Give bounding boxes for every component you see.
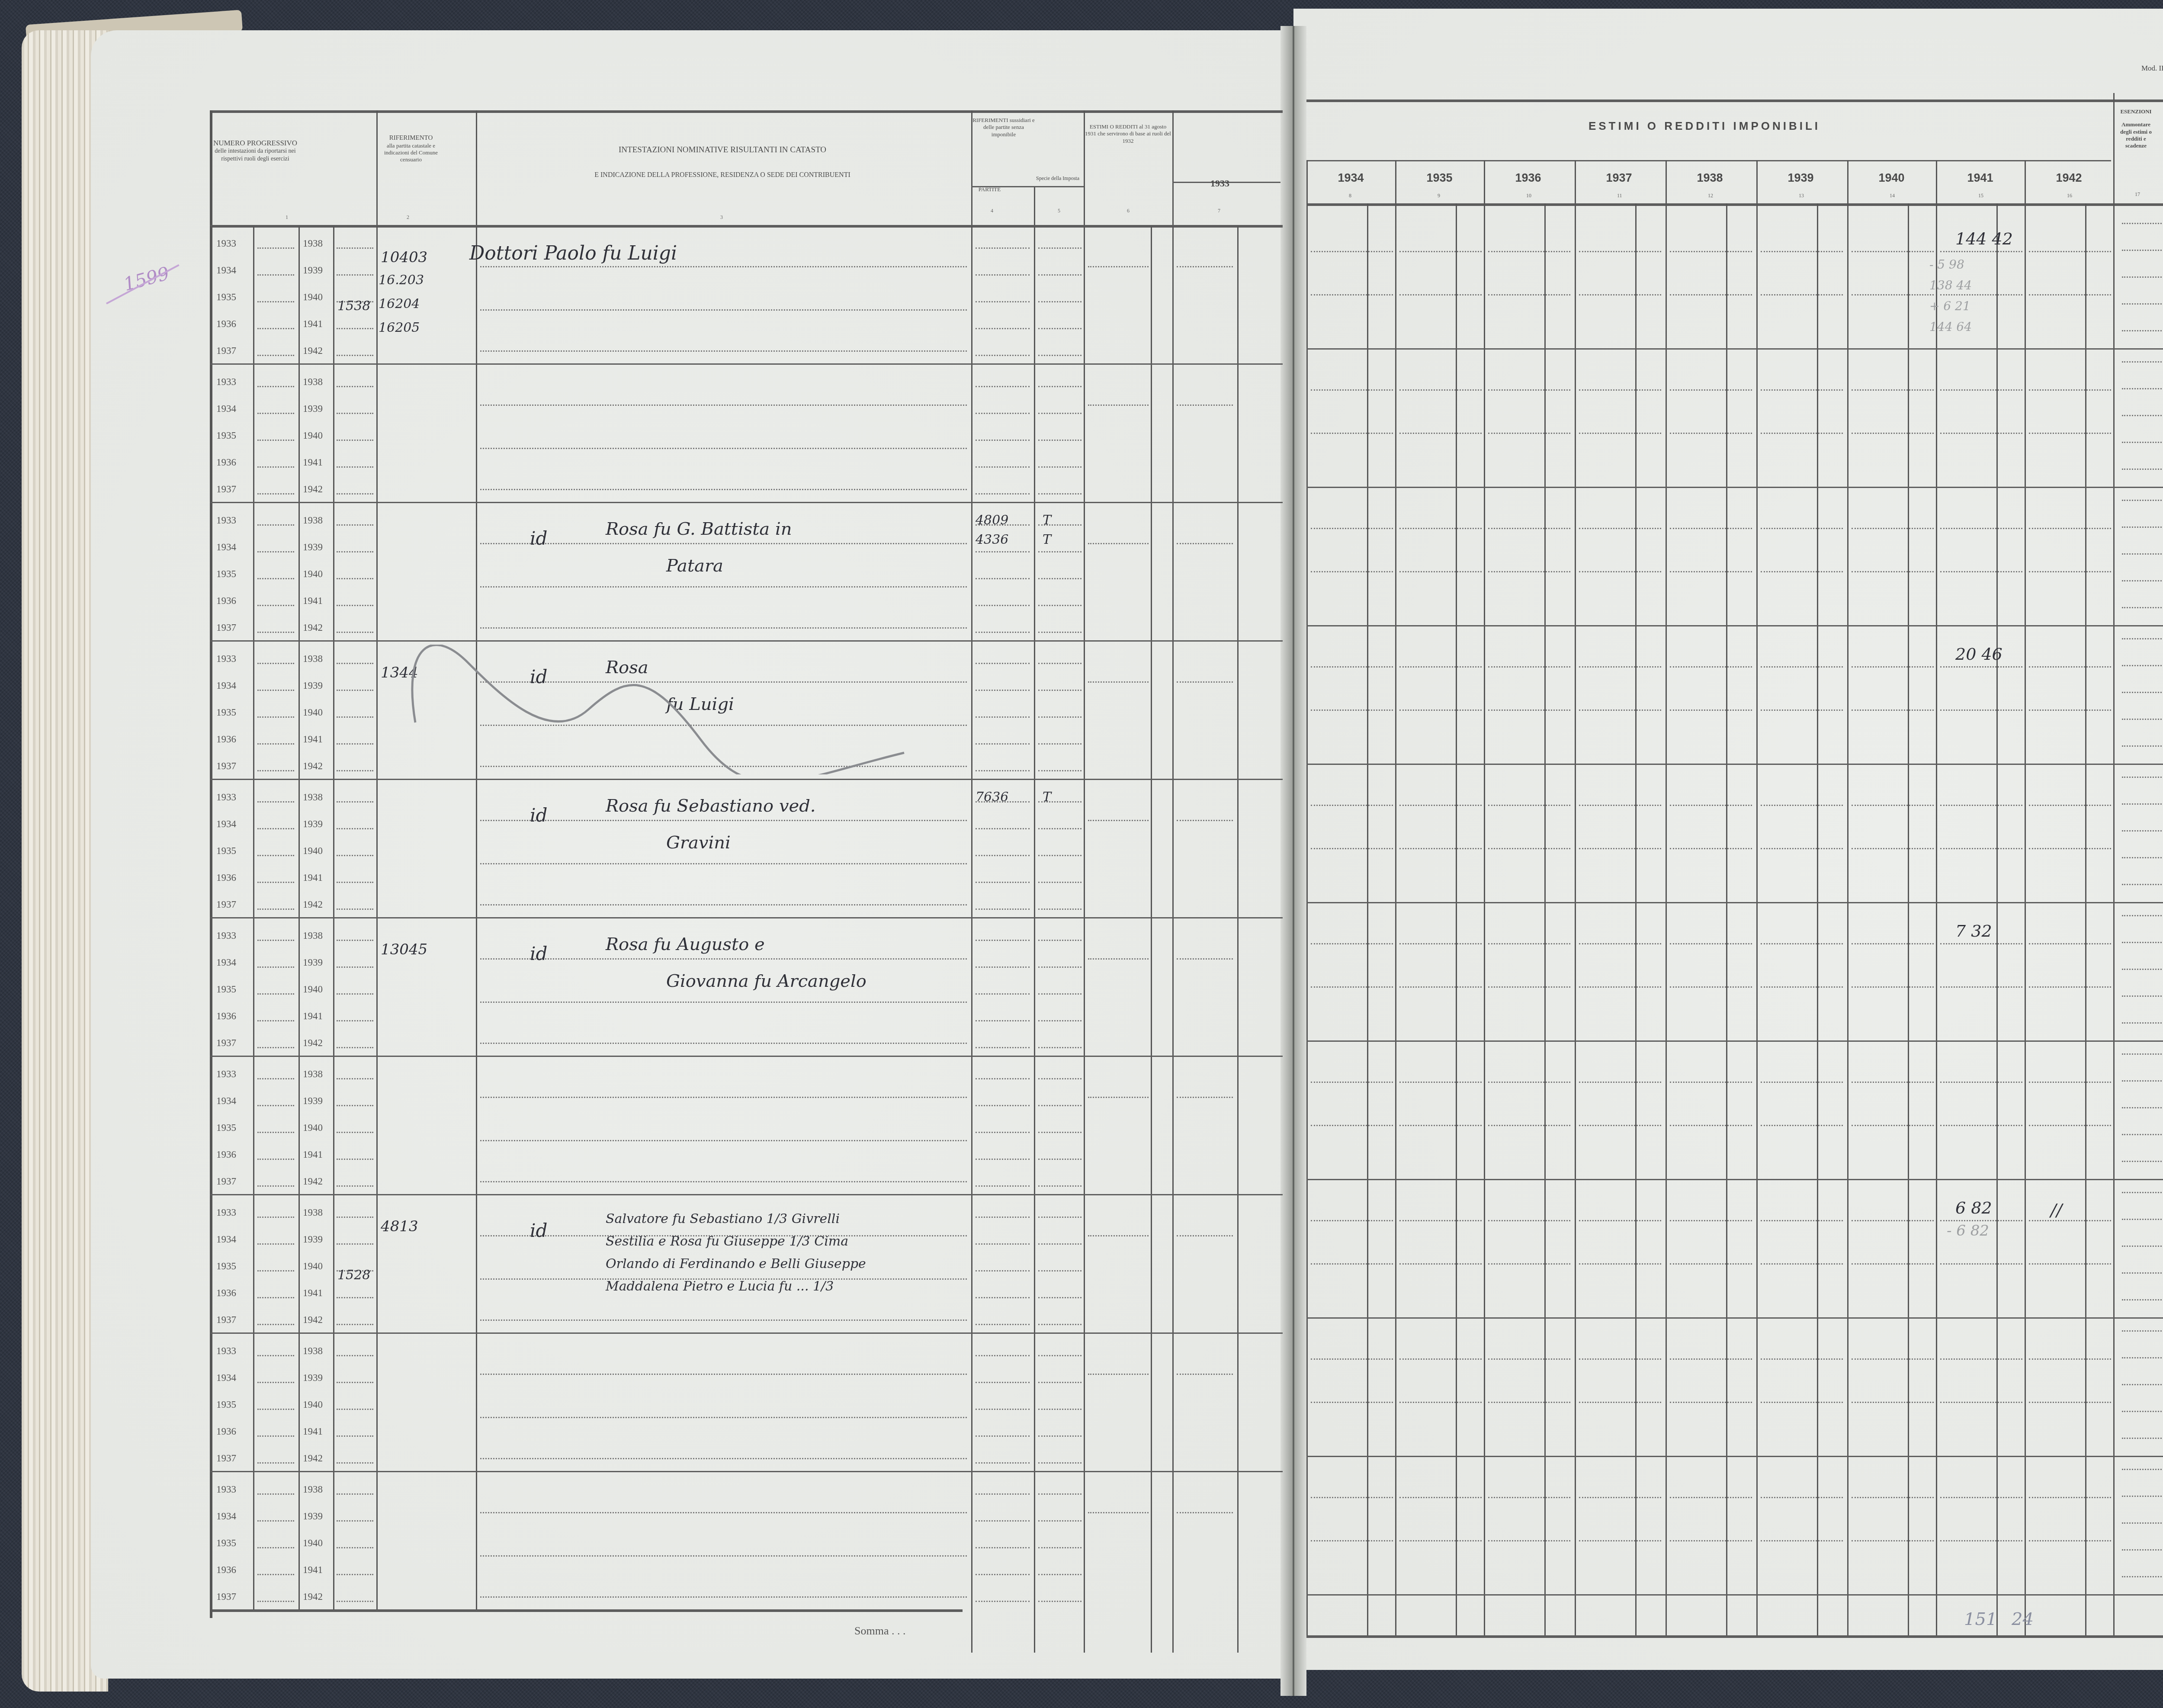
dotted-rule bbox=[1311, 1082, 1393, 1083]
col2-number: 2 bbox=[407, 214, 409, 221]
dotted-rule bbox=[1940, 986, 2022, 988]
dotted-rule bbox=[1038, 605, 1081, 606]
year-label: 1942 bbox=[303, 1176, 323, 1187]
dotted-rule bbox=[2029, 528, 2111, 529]
dotted-rule bbox=[1579, 943, 1661, 944]
dotted-rule bbox=[2029, 571, 2111, 572]
dotted-rule bbox=[1399, 294, 1482, 295]
dotted-rule bbox=[1940, 1125, 2022, 1126]
dotted-rule bbox=[257, 355, 294, 356]
dotted-rule bbox=[257, 909, 294, 910]
col-number: 16 bbox=[2067, 193, 2072, 199]
right-page bbox=[1293, 9, 2163, 1670]
idem-prefix: id bbox=[530, 528, 547, 549]
dotted-rule bbox=[1088, 820, 1149, 821]
year-col-divider bbox=[1575, 160, 1576, 1635]
dotted-rule bbox=[1579, 571, 1661, 572]
dotted-rule bbox=[1852, 1220, 1934, 1221]
dotted-rule bbox=[1038, 1047, 1081, 1048]
block-rule bbox=[210, 502, 1283, 503]
dotted-rule bbox=[337, 801, 373, 803]
dotted-rule bbox=[1761, 1220, 1843, 1221]
dotted-rule bbox=[976, 413, 1030, 414]
dotted-rule bbox=[257, 1047, 294, 1048]
year-label: 1940 bbox=[303, 1261, 323, 1272]
year-label: 1936 bbox=[216, 1564, 236, 1576]
reddito-1941-pencil: - 6 82 bbox=[1947, 1222, 1989, 1239]
dotted-rule bbox=[1311, 986, 1393, 988]
dotted-rule bbox=[1038, 828, 1081, 829]
dotted-rule bbox=[2122, 276, 2163, 278]
dotted-rule bbox=[1761, 986, 1843, 988]
year-label: 1936 bbox=[216, 318, 236, 330]
taxpayer-name-line: Gravini bbox=[666, 833, 731, 853]
dotted-rule bbox=[2122, 969, 2163, 970]
taxpayer-name-line: Dottori Paolo fu Luigi bbox=[469, 242, 677, 264]
decimal-divider bbox=[1817, 203, 1818, 1635]
dotted-rule bbox=[337, 770, 373, 771]
year-header-1936: 1936 bbox=[1484, 171, 1573, 186]
year-label: 1934 bbox=[216, 1372, 236, 1384]
dotted-rule bbox=[2122, 1161, 2163, 1162]
year-col-divider bbox=[1484, 160, 1485, 1635]
col3-number: 3 bbox=[720, 214, 723, 221]
dotted-rule bbox=[257, 1020, 294, 1021]
year-label: 1940 bbox=[303, 1122, 323, 1133]
dotted-rule bbox=[480, 1140, 967, 1141]
header-bottom-rule bbox=[1306, 203, 2163, 206]
dotted-rule bbox=[2122, 1299, 2163, 1300]
dotted-rule bbox=[337, 1382, 373, 1383]
year-label: 1940 bbox=[303, 984, 323, 995]
pencil-calculation: 144 64 bbox=[1929, 320, 1972, 334]
dotted-rule bbox=[337, 1020, 373, 1021]
dotted-rule bbox=[1311, 1263, 1393, 1265]
taxpayer-name-line: Orlando di Ferdinando e Belli Giuseppe bbox=[606, 1256, 866, 1271]
dotted-rule bbox=[257, 1270, 294, 1271]
dotted-rule bbox=[2122, 1219, 2163, 1220]
dotted-rule bbox=[1177, 1235, 1233, 1236]
dotted-rule bbox=[257, 716, 294, 718]
book-gutter bbox=[1280, 26, 1306, 1696]
dotted-rule bbox=[1579, 1220, 1661, 1221]
dotted-rule bbox=[1038, 551, 1081, 552]
dotted-rule bbox=[1399, 571, 1482, 572]
dotted-rule bbox=[2122, 942, 2163, 943]
dotted-rule bbox=[1761, 1540, 1843, 1541]
year-label: 1935 bbox=[216, 1261, 236, 1272]
year-label: 1935 bbox=[216, 1538, 236, 1549]
year-label: 1937 bbox=[216, 484, 236, 495]
dotted-rule bbox=[1038, 966, 1081, 968]
dotted-rule bbox=[1761, 251, 1843, 252]
dotted-rule bbox=[2122, 330, 2163, 331]
dotted-rule bbox=[480, 448, 967, 449]
dotted-rule bbox=[1670, 433, 1752, 434]
year-label: 1939 bbox=[303, 957, 323, 968]
dotted-rule bbox=[1038, 1601, 1081, 1602]
dotted-rule bbox=[1399, 528, 1482, 529]
dotted-rule bbox=[976, 1020, 1030, 1021]
dotted-rule bbox=[1399, 1220, 1482, 1221]
decimal-divider bbox=[1996, 203, 1998, 1635]
dotted-rule bbox=[1038, 1435, 1081, 1437]
partite-value: 4809 bbox=[976, 513, 1008, 528]
dotted-rule bbox=[337, 413, 373, 414]
dotted-rule bbox=[2029, 433, 2111, 434]
dotted-rule bbox=[1038, 274, 1081, 276]
dotted-rule bbox=[257, 578, 294, 579]
block-rule bbox=[1306, 1317, 2163, 1319]
dotted-rule bbox=[1399, 1497, 1482, 1498]
year-label: 1938 bbox=[303, 1484, 323, 1495]
dotted-rule bbox=[2029, 1540, 2111, 1541]
dotted-rule bbox=[1488, 1402, 1570, 1403]
dotted-rule bbox=[480, 820, 967, 821]
dotted-rule bbox=[1670, 1125, 1752, 1126]
dotted-rule bbox=[976, 940, 1030, 941]
dotted-rule bbox=[2122, 607, 2163, 608]
dotted-rule bbox=[2029, 1082, 2111, 1083]
dotted-rule bbox=[1488, 389, 1570, 391]
table-top-rule bbox=[1306, 100, 2163, 102]
dotted-rule bbox=[1038, 1105, 1081, 1106]
year-label: 1933 bbox=[216, 515, 236, 526]
dotted-rule bbox=[257, 828, 294, 829]
year-label: 1939 bbox=[303, 1095, 323, 1107]
year-label: 1939 bbox=[303, 542, 323, 553]
dotted-rule bbox=[1761, 710, 1843, 711]
dotted-rule bbox=[2122, 803, 2163, 805]
dotted-rule bbox=[337, 1355, 373, 1356]
block-rule bbox=[1306, 487, 2163, 488]
dotted-rule bbox=[2122, 469, 2163, 470]
dotted-rule bbox=[337, 966, 373, 968]
dotted-rule bbox=[337, 743, 373, 745]
taxpayer-name-line: Sestilia e Rosa fu Giuseppe 1/3 Cima bbox=[606, 1234, 848, 1249]
dotted-rule bbox=[1038, 386, 1081, 387]
dotted-rule bbox=[337, 716, 373, 718]
dotted-rule bbox=[1088, 1235, 1149, 1236]
dotted-rule bbox=[1670, 1402, 1752, 1403]
year-label: 1940 bbox=[303, 1399, 323, 1410]
dotted-rule bbox=[2029, 1358, 2111, 1360]
dotted-rule bbox=[1761, 1082, 1843, 1083]
col-number: 13 bbox=[1799, 193, 1804, 199]
dotted-rule bbox=[257, 663, 294, 664]
dotted-rule bbox=[1761, 571, 1843, 572]
block-rule bbox=[210, 225, 1283, 226]
dotted-rule bbox=[1038, 247, 1081, 249]
dotted-rule bbox=[1088, 266, 1149, 267]
col17-number: 17 bbox=[2135, 191, 2140, 198]
dotted-rule bbox=[976, 909, 1030, 910]
dotted-rule bbox=[1488, 710, 1570, 711]
dotted-rule bbox=[976, 1185, 1030, 1187]
dotted-rule bbox=[257, 1355, 294, 1356]
dotted-rule bbox=[976, 1382, 1030, 1383]
dotted-rule bbox=[337, 1601, 373, 1602]
year-label: 1941 bbox=[303, 1287, 323, 1299]
block-rule bbox=[210, 779, 1283, 780]
dotted-rule bbox=[480, 1374, 967, 1375]
year-label: 1942 bbox=[303, 1314, 323, 1326]
dotted-rule bbox=[976, 493, 1030, 494]
dotted-rule bbox=[2122, 1522, 2163, 1524]
dotted-rule bbox=[1670, 1263, 1752, 1265]
dotted-rule bbox=[1038, 1493, 1081, 1495]
year-label: 1933 bbox=[216, 653, 236, 665]
dotted-rule bbox=[1038, 1462, 1081, 1464]
dotted-rule bbox=[480, 586, 967, 588]
dotted-rule bbox=[480, 1181, 967, 1182]
dotted-rule bbox=[1579, 666, 1661, 668]
col-number: 9 bbox=[1438, 193, 1440, 199]
dotted-rule bbox=[1038, 1355, 1081, 1356]
block-rule bbox=[1306, 1179, 2163, 1180]
dotted-rule bbox=[257, 966, 294, 968]
dotted-rule bbox=[1579, 528, 1661, 529]
dotted-rule bbox=[257, 301, 294, 302]
dotted-rule bbox=[1488, 1540, 1570, 1541]
year-label: 1934 bbox=[216, 1095, 236, 1107]
year-label: 1935 bbox=[216, 1399, 236, 1410]
dotted-rule bbox=[1399, 848, 1482, 849]
dotted-rule bbox=[1177, 1512, 1233, 1513]
block-rule bbox=[1306, 764, 2163, 765]
table-top-rule bbox=[210, 110, 1283, 113]
dotted-rule bbox=[976, 551, 1030, 552]
dotted-rule bbox=[1940, 943, 2022, 944]
dotted-rule bbox=[1579, 1358, 1661, 1360]
dotted-rule bbox=[1311, 389, 1393, 391]
dotted-rule bbox=[257, 386, 294, 387]
block-rule bbox=[1306, 1040, 2163, 1042]
dotted-rule bbox=[976, 828, 1030, 829]
dotted-rule bbox=[1038, 1520, 1081, 1522]
dotted-rule bbox=[1177, 820, 1233, 821]
dotted-rule bbox=[1852, 294, 1934, 295]
dotted-rule bbox=[1177, 1374, 1233, 1375]
year-label: 1939 bbox=[303, 819, 323, 830]
dotted-rule bbox=[1038, 1078, 1081, 1079]
year-label: 1933 bbox=[216, 1484, 236, 1495]
year-label: 1937 bbox=[216, 345, 236, 356]
block-rule bbox=[210, 363, 1283, 365]
dotted-rule bbox=[2029, 1125, 2111, 1126]
dotted-rule bbox=[1311, 1497, 1393, 1498]
dotted-rule bbox=[337, 1462, 373, 1464]
dotted-rule bbox=[1038, 1324, 1081, 1325]
dotted-rule bbox=[1488, 1082, 1570, 1083]
year-label: 1939 bbox=[303, 403, 323, 414]
year-label: 1942 bbox=[303, 1453, 323, 1464]
dotted-rule bbox=[1038, 301, 1081, 302]
dotted-rule bbox=[1038, 578, 1081, 579]
year-label: 1941 bbox=[303, 734, 323, 745]
year-label: 1933 bbox=[216, 930, 236, 941]
dotted-rule bbox=[257, 1547, 294, 1548]
year-label: 1940 bbox=[303, 568, 323, 580]
dotted-rule bbox=[976, 355, 1030, 356]
col-divider bbox=[1084, 110, 1085, 1653]
dotted-rule bbox=[976, 440, 1030, 441]
dotted-rule bbox=[2122, 884, 2163, 885]
dotted-rule bbox=[480, 958, 967, 960]
partita-reference: 16204 bbox=[379, 296, 420, 311]
dotted-rule bbox=[337, 1105, 373, 1106]
year-label: 1935 bbox=[216, 707, 236, 718]
dotted-rule bbox=[1311, 1540, 1393, 1541]
year-label: 1937 bbox=[216, 622, 236, 633]
dotted-rule bbox=[1940, 710, 2022, 711]
reddito-1941-value: 7 32 bbox=[1955, 921, 1992, 941]
dotted-rule bbox=[480, 266, 967, 267]
dotted-rule bbox=[337, 355, 373, 356]
dotted-rule bbox=[1488, 805, 1570, 806]
taxpayer-name-line: Salvatore fu Sebastiano 1/3 Givrelli bbox=[606, 1211, 840, 1226]
dotted-rule bbox=[1488, 848, 1570, 849]
dotted-rule bbox=[1038, 1217, 1081, 1218]
dotted-rule bbox=[1038, 355, 1081, 356]
dotted-rule bbox=[1852, 1358, 1934, 1360]
dotted-rule bbox=[1038, 632, 1081, 633]
year-label: 1936 bbox=[216, 1011, 236, 1022]
col-divider bbox=[376, 110, 378, 1609]
year-label: 1936 bbox=[216, 595, 236, 607]
col-divider bbox=[1151, 225, 1152, 1653]
dotted-rule bbox=[480, 1002, 967, 1003]
dotted-rule bbox=[976, 247, 1030, 249]
dotted-rule bbox=[1852, 666, 1934, 668]
col-divider bbox=[1172, 110, 1174, 1653]
dotted-rule bbox=[1311, 848, 1393, 849]
dotted-rule bbox=[976, 1574, 1030, 1575]
dotted-rule bbox=[1670, 528, 1752, 529]
dotted-rule bbox=[2122, 915, 2163, 916]
taxpayer-name-line: Rosa fu Sebastiano ved. bbox=[606, 796, 816, 816]
dotted-rule bbox=[976, 1435, 1030, 1437]
year-label: 1941 bbox=[303, 1011, 323, 1022]
dotted-rule bbox=[337, 1078, 373, 1079]
dotted-rule bbox=[976, 1047, 1030, 1048]
dotted-rule bbox=[1761, 1497, 1843, 1498]
dotted-rule bbox=[337, 1297, 373, 1298]
dotted-rule bbox=[257, 1297, 294, 1298]
dotted-rule bbox=[1852, 943, 1934, 944]
dotted-rule bbox=[2122, 1438, 2163, 1439]
col3-subtitle: E INDICAZIONE DELLA PROFESSIONE, RESIDEN… bbox=[485, 171, 960, 180]
year-label: 1941 bbox=[303, 1564, 323, 1576]
dotted-rule bbox=[1670, 571, 1752, 572]
dotted-rule bbox=[2122, 303, 2163, 305]
dotted-rule bbox=[1488, 1497, 1570, 1498]
year-label: 1933 bbox=[216, 792, 236, 803]
dotted-rule bbox=[1579, 389, 1661, 391]
reddito-1942-mark: // bbox=[2051, 1201, 2062, 1220]
dotted-rule bbox=[1670, 1540, 1752, 1541]
year-label: 1940 bbox=[303, 707, 323, 718]
dotted-rule bbox=[1579, 848, 1661, 849]
year-col-divider bbox=[1306, 160, 1308, 1635]
dotted-rule bbox=[1177, 681, 1233, 683]
dotted-rule bbox=[480, 863, 967, 864]
dotted-rule bbox=[1038, 1185, 1081, 1187]
dotted-rule bbox=[1038, 855, 1081, 856]
dotted-rule bbox=[257, 993, 294, 995]
dotted-rule bbox=[1852, 433, 1934, 434]
dotted-rule bbox=[2029, 1263, 2111, 1265]
year-label: 1934 bbox=[216, 403, 236, 414]
dotted-rule bbox=[1038, 1409, 1081, 1410]
year-label: 1940 bbox=[303, 845, 323, 857]
year-label: 1938 bbox=[303, 1069, 323, 1080]
year-label: 1941 bbox=[303, 457, 323, 468]
year-label: 1940 bbox=[303, 430, 323, 441]
dotted-rule bbox=[257, 1159, 294, 1160]
idem-prefix: id bbox=[530, 1220, 547, 1241]
dotted-rule bbox=[257, 413, 294, 414]
year-label: 1934 bbox=[216, 265, 236, 276]
block-rule bbox=[1306, 1456, 2163, 1457]
col1-number: 1 bbox=[286, 214, 288, 221]
year-label: 1941 bbox=[303, 595, 323, 607]
dotted-rule bbox=[1940, 1220, 2022, 1221]
dotted-rule bbox=[1038, 1020, 1081, 1021]
taxpayer-name-line: Rosa fu Augusto e bbox=[606, 934, 765, 954]
dotted-rule bbox=[257, 466, 294, 468]
dotted-rule bbox=[1852, 710, 1934, 711]
dotted-rule bbox=[1852, 1125, 1934, 1126]
year-label: 1935 bbox=[216, 845, 236, 857]
col5-number: 5 bbox=[1058, 208, 1060, 214]
dotted-rule bbox=[1579, 1497, 1661, 1498]
dotted-rule bbox=[1940, 251, 2022, 252]
dotted-rule bbox=[1852, 805, 1934, 806]
dotted-rule bbox=[2122, 719, 2163, 720]
dotted-rule bbox=[2122, 1022, 2163, 1024]
dotted-rule bbox=[257, 247, 294, 249]
dotted-rule bbox=[1038, 328, 1081, 329]
dotted-rule bbox=[257, 1185, 294, 1187]
dotted-rule bbox=[1399, 1082, 1482, 1083]
year-label: 1942 bbox=[303, 761, 323, 772]
col-number: 15 bbox=[1978, 193, 1983, 199]
dotted-rule bbox=[1311, 805, 1393, 806]
dotted-rule bbox=[1940, 433, 2022, 434]
dotted-rule bbox=[1311, 1125, 1393, 1126]
dotted-rule bbox=[976, 1159, 1030, 1160]
dotted-rule bbox=[2122, 1384, 2163, 1385]
dotted-rule bbox=[257, 940, 294, 941]
dotted-rule bbox=[337, 493, 373, 494]
year-label: 1934 bbox=[216, 1234, 236, 1245]
dotted-rule bbox=[1852, 1497, 1934, 1498]
dotted-rule bbox=[1761, 848, 1843, 849]
dotted-rule bbox=[1038, 493, 1081, 494]
dotted-rule bbox=[1311, 943, 1393, 944]
dotted-rule bbox=[1670, 710, 1752, 711]
dotted-rule bbox=[257, 632, 294, 633]
block-rule bbox=[1306, 902, 2163, 903]
block-rule bbox=[1306, 625, 2163, 626]
partite-value: 4336 bbox=[976, 532, 1008, 547]
dotted-rule bbox=[1488, 251, 1570, 252]
dotted-rule bbox=[1038, 1270, 1081, 1271]
dotted-rule bbox=[1399, 805, 1482, 806]
col4-number: 4 bbox=[991, 208, 993, 214]
block-rule bbox=[210, 1194, 1283, 1195]
